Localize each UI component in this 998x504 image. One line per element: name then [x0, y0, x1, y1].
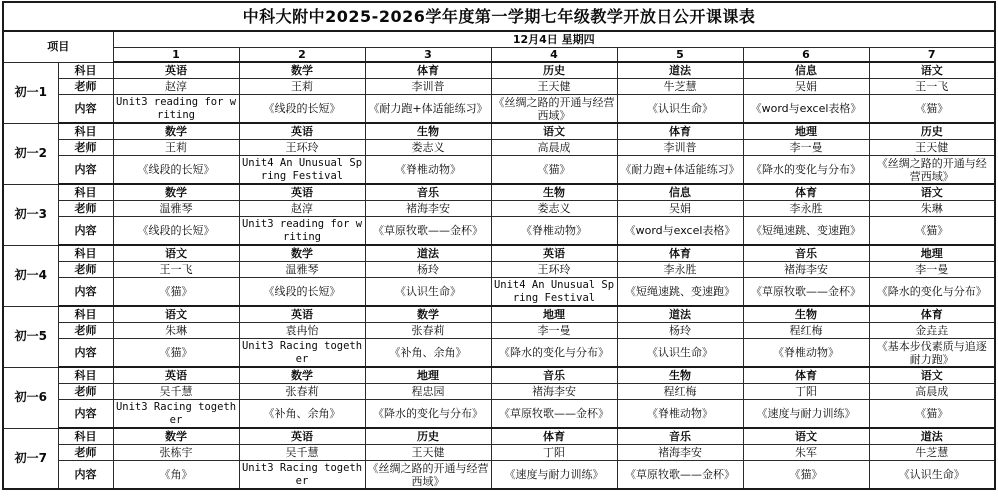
teacher-cell: 袁冉怡 [239, 323, 365, 339]
row-label-subjects: 科目 [58, 306, 113, 323]
teacher-cell: 高晨成 [869, 384, 995, 400]
row-label-teachers: 老师 [58, 445, 113, 461]
subject-cell: 历史 [365, 428, 491, 445]
teacher-cell: 张栋宇 [113, 445, 239, 461]
class-4-subjects-row: 初一4科目语文数学道法英语体育音乐地理 [3, 245, 995, 262]
content-cell: 《丝绸之路的开通与经营西域》 [869, 156, 995, 185]
teacher-cell: 李一曼 [743, 140, 869, 156]
teacher-cell: 牛芝慧 [869, 445, 995, 461]
subject-cell: 体育 [365, 62, 491, 79]
content-cell: Unit3 reading for writing [239, 217, 365, 246]
content-cell: 《猫》 [869, 217, 995, 246]
class-3-subjects-row: 初一3科目数学英语音乐生物信息体育语文 [3, 184, 995, 201]
subject-cell: 道法 [365, 245, 491, 262]
teacher-cell: 王一飞 [113, 262, 239, 278]
class-1-contents-row: 内容Unit3 reading for writing《线段的长短》《耐力跑+体… [3, 95, 995, 124]
class-3-teachers-row: 老师温雅琴赵淳褚海李安娄志义吴娟李永胜朱琳 [3, 201, 995, 217]
project-header-cell: 项目 [3, 31, 113, 62]
content-cell: 《线段的长短》 [239, 95, 365, 124]
subject-cell: 英语 [239, 428, 365, 445]
subject-cell: 体育 [491, 428, 617, 445]
row-label-teachers: 老师 [58, 201, 113, 217]
teacher-cell: 王莉 [239, 79, 365, 95]
teacher-cell: 金垚垚 [869, 323, 995, 339]
subject-cell: 体育 [617, 245, 743, 262]
class-5-contents-row: 内容《猫》Unit3 Racing together《补角、余角》《降水的变化与… [3, 339, 995, 368]
teacher-cell: 褚海李安 [365, 201, 491, 217]
subject-cell: 数学 [239, 245, 365, 262]
row-label-contents: 内容 [58, 339, 113, 368]
teacher-cell: 张春莉 [365, 323, 491, 339]
content-cell: 《word与excel表格》 [617, 217, 743, 246]
teacher-cell: 王天健 [365, 445, 491, 461]
subject-cell: 英语 [239, 123, 365, 140]
class-label: 初一5 [3, 306, 58, 367]
row-label-contents: 内容 [58, 400, 113, 429]
teacher-cell: 李一曼 [491, 323, 617, 339]
class-5-teachers-row: 老师朱琳袁冉怡张春莉李一曼杨玲程红梅金垚垚 [3, 323, 995, 339]
teacher-cell: 吴千慧 [239, 445, 365, 461]
teacher-cell: 张春莉 [239, 384, 365, 400]
subject-cell: 英语 [113, 367, 239, 384]
content-cell: 《降水的变化与分布》 [743, 156, 869, 185]
subject-cell: 生物 [365, 123, 491, 140]
class-label: 初一6 [3, 367, 58, 428]
content-cell: 《丝绸之路的开通与经营西域》 [365, 461, 491, 490]
content-cell: 《耐力跑+体适能练习》 [617, 156, 743, 185]
teacher-cell: 赵淳 [113, 79, 239, 95]
class-1-teachers-row: 老师赵淳王莉李训普王天健牛芝慧吴娟王一飞 [3, 79, 995, 95]
subject-cell: 地理 [491, 306, 617, 323]
class-2-teachers-row: 老师王莉王环玲娄志义高晨成李训普李一曼王天健 [3, 140, 995, 156]
subject-cell: 英语 [491, 245, 617, 262]
row-label-teachers: 老师 [58, 262, 113, 278]
content-cell: 《认识生命》 [617, 339, 743, 368]
teacher-cell: 程忠园 [365, 384, 491, 400]
period-header-4: 4 [491, 48, 617, 63]
teacher-cell: 朱琳 [113, 323, 239, 339]
subject-cell: 体育 [617, 123, 743, 140]
content-cell: 《猫》 [113, 278, 239, 307]
content-cell: 《草原牧歌——金杯》 [743, 278, 869, 307]
content-cell: 《草原牧歌——金杯》 [365, 217, 491, 246]
period-header-7: 7 [869, 48, 995, 63]
content-cell: 《脊椎动物》 [743, 339, 869, 368]
content-cell: 《草原牧歌——金杯》 [491, 400, 617, 429]
teacher-cell: 吴千慧 [113, 384, 239, 400]
teacher-cell: 吴娟 [743, 79, 869, 95]
class-label: 初一1 [3, 62, 58, 123]
subject-cell: 语文 [113, 306, 239, 323]
teacher-cell: 王天健 [869, 140, 995, 156]
page-title: 中科大附中2025-2026学年度第一学期七年级教学开放日公开课课表 [3, 2, 995, 31]
teacher-cell: 王环玲 [239, 140, 365, 156]
teacher-cell: 吴娟 [617, 201, 743, 217]
content-cell: Unit3 Racing together [113, 400, 239, 429]
teacher-cell: 朱琳 [869, 201, 995, 217]
teacher-cell: 温雅琴 [239, 262, 365, 278]
content-cell: 《降水的变化与分布》 [365, 400, 491, 429]
class-6-subjects-row: 初一6科目英语数学地理音乐生物体育语文 [3, 367, 995, 384]
teacher-cell: 高晨成 [491, 140, 617, 156]
teacher-cell: 娄志义 [491, 201, 617, 217]
content-cell: 《基本步伐素质与追逐耐力跑》 [869, 339, 995, 368]
teacher-cell: 丁阳 [743, 384, 869, 400]
header-row: 项目 12月4日 星期四 [3, 31, 995, 48]
subject-cell: 体育 [743, 184, 869, 201]
teacher-cell: 娄志义 [365, 140, 491, 156]
teacher-cell: 李训普 [617, 140, 743, 156]
teacher-cell: 牛芝慧 [617, 79, 743, 95]
class-2-subjects-row: 初一2科目数学英语生物语文体育地理历史 [3, 123, 995, 140]
row-label-subjects: 科目 [58, 428, 113, 445]
row-label-contents: 内容 [58, 156, 113, 185]
class-label: 初一7 [3, 428, 58, 489]
teacher-cell: 王一飞 [869, 79, 995, 95]
class-label: 初一3 [3, 184, 58, 245]
content-cell: 《线段的长短》 [113, 217, 239, 246]
teacher-cell: 程红梅 [617, 384, 743, 400]
period-header-3: 3 [365, 48, 491, 63]
period-header-2: 2 [239, 48, 365, 63]
title-row: 中科大附中2025-2026学年度第一学期七年级教学开放日公开课课表 [3, 2, 995, 31]
content-cell: 《猫》 [491, 156, 617, 185]
teacher-cell: 褚海李安 [743, 262, 869, 278]
row-label-subjects: 科目 [58, 184, 113, 201]
subject-cell: 语文 [869, 367, 995, 384]
teacher-cell: 赵淳 [239, 201, 365, 217]
content-cell: 《猫》 [869, 95, 995, 124]
content-cell: 《耐力跑+体适能练习》 [365, 95, 491, 124]
content-cell: 《word与excel表格》 [743, 95, 869, 124]
teacher-cell: 丁阳 [491, 445, 617, 461]
subject-cell: 道法 [617, 306, 743, 323]
subject-cell: 英语 [239, 306, 365, 323]
subject-cell: 生物 [617, 367, 743, 384]
subject-cell: 数学 [113, 123, 239, 140]
subject-cell: 数学 [113, 428, 239, 445]
content-cell: Unit4 An Unusual Spring Festival [239, 156, 365, 185]
class-7-subjects-row: 初一7科目数学英语历史体育音乐语文道法 [3, 428, 995, 445]
class-4-contents-row: 内容《猫》《线段的长短》《认识生命》Unit4 An Unusual Sprin… [3, 278, 995, 307]
class-7-teachers-row: 老师张栋宇吴千慧王天健丁阳褚海李安朱军牛芝慧 [3, 445, 995, 461]
teacher-cell: 王环玲 [491, 262, 617, 278]
content-cell: Unit4 An Unusual Spring Festival [491, 278, 617, 307]
open-class-timetable: 中科大附中2025-2026学年度第一学期七年级教学开放日公开课课表 项目 12… [2, 1, 996, 490]
teacher-cell: 李永胜 [617, 262, 743, 278]
row-label-contents: 内容 [58, 217, 113, 246]
period-header-6: 6 [743, 48, 869, 63]
class-6-teachers-row: 老师吴千慧张春莉程忠园褚海李安程红梅丁阳高晨成 [3, 384, 995, 400]
class-1-subjects-row: 初一1科目英语数学体育历史道法信息语文 [3, 62, 995, 79]
teacher-cell: 李永胜 [743, 201, 869, 217]
content-cell: 《补角、余角》 [365, 339, 491, 368]
content-cell: 《脊椎动物》 [617, 400, 743, 429]
content-cell: 《角》 [113, 461, 239, 490]
content-cell: 《丝绸之路的开通与经营西域》 [491, 95, 617, 124]
content-cell: 《速度与耐力训练》 [491, 461, 617, 490]
row-label-teachers: 老师 [58, 323, 113, 339]
teacher-cell: 杨玲 [617, 323, 743, 339]
row-label-contents: 内容 [58, 278, 113, 307]
content-cell: 《猫》 [113, 339, 239, 368]
subject-cell: 语文 [491, 123, 617, 140]
period-header-1: 1 [113, 48, 239, 63]
content-cell: 《降水的变化与分布》 [869, 278, 995, 307]
content-cell: 《线段的长短》 [239, 278, 365, 307]
content-cell: 《认识生命》 [617, 95, 743, 124]
subject-cell: 音乐 [743, 245, 869, 262]
subject-cell: 数学 [365, 306, 491, 323]
subject-cell: 语文 [113, 245, 239, 262]
subject-cell: 信息 [743, 62, 869, 79]
subject-cell: 音乐 [491, 367, 617, 384]
class-4-teachers-row: 老师王一飞温雅琴杨玲王环玲李永胜褚海李安李一曼 [3, 262, 995, 278]
teacher-cell: 王莉 [113, 140, 239, 156]
teacher-cell: 李一曼 [869, 262, 995, 278]
content-cell: 《补角、余角》 [239, 400, 365, 429]
content-cell: 《猫》 [869, 400, 995, 429]
subject-cell: 地理 [743, 123, 869, 140]
subject-cell: 英语 [113, 62, 239, 79]
teacher-cell: 杨玲 [365, 262, 491, 278]
subject-cell: 历史 [491, 62, 617, 79]
subject-cell: 体育 [869, 306, 995, 323]
row-label-teachers: 老师 [58, 79, 113, 95]
row-label-contents: 内容 [58, 461, 113, 490]
subject-cell: 地理 [869, 245, 995, 262]
class-7-contents-row: 内容《角》Unit3 Racing together《丝绸之路的开通与经营西域》… [3, 461, 995, 490]
subject-cell: 语文 [869, 184, 995, 201]
subject-cell: 数学 [239, 367, 365, 384]
subject-cell: 语文 [743, 428, 869, 445]
teacher-cell: 程红梅 [743, 323, 869, 339]
content-cell: 《猫》 [743, 461, 869, 490]
teacher-cell: 王天健 [491, 79, 617, 95]
class-3-contents-row: 内容《线段的长短》Unit3 reading for writing《草原牧歌—… [3, 217, 995, 246]
content-cell: Unit3 reading for writing [113, 95, 239, 124]
subject-cell: 生物 [743, 306, 869, 323]
content-cell: 《短绳速跳、变速跑》 [617, 278, 743, 307]
teacher-cell: 褚海李安 [491, 384, 617, 400]
subject-cell: 道法 [617, 62, 743, 79]
class-label: 初一4 [3, 245, 58, 306]
content-cell: 《草原牧歌——金杯》 [617, 461, 743, 490]
content-cell: 《认识生命》 [869, 461, 995, 490]
content-cell: 《认识生命》 [365, 278, 491, 307]
content-cell: 《脊椎动物》 [365, 156, 491, 185]
content-cell: Unit3 Racing together [239, 461, 365, 490]
subject-cell: 音乐 [617, 428, 743, 445]
date-header-cell: 12月4日 星期四 [113, 31, 995, 48]
row-label-subjects: 科目 [58, 123, 113, 140]
subject-cell: 语文 [869, 62, 995, 79]
teacher-cell: 李训普 [365, 79, 491, 95]
content-cell: 《短绳速跳、变速跑》 [743, 217, 869, 246]
content-cell: 《脊椎动物》 [491, 217, 617, 246]
row-label-contents: 内容 [58, 95, 113, 124]
subject-cell: 地理 [365, 367, 491, 384]
subject-cell: 道法 [869, 428, 995, 445]
subject-cell: 数学 [239, 62, 365, 79]
row-label-teachers: 老师 [58, 384, 113, 400]
content-cell: Unit3 Racing together [239, 339, 365, 368]
class-6-contents-row: 内容Unit3 Racing together《补角、余角》《降水的变化与分布》… [3, 400, 995, 429]
content-cell: 《速度与耐力训练》 [743, 400, 869, 429]
row-label-subjects: 科目 [58, 367, 113, 384]
content-cell: 《线段的长短》 [113, 156, 239, 185]
row-label-subjects: 科目 [58, 245, 113, 262]
content-cell: 《降水的变化与分布》 [491, 339, 617, 368]
period-header-5: 5 [617, 48, 743, 63]
class-2-contents-row: 内容《线段的长短》Unit4 An Unusual Spring Festiva… [3, 156, 995, 185]
subject-cell: 生物 [491, 184, 617, 201]
subject-cell: 数学 [113, 184, 239, 201]
class-label: 初一2 [3, 123, 58, 184]
subject-cell: 英语 [239, 184, 365, 201]
subject-cell: 信息 [617, 184, 743, 201]
period-number-row: 1234567 [3, 48, 995, 63]
teacher-cell: 朱军 [743, 445, 869, 461]
teacher-cell: 温雅琴 [113, 201, 239, 217]
row-label-teachers: 老师 [58, 140, 113, 156]
row-label-subjects: 科目 [58, 62, 113, 79]
subject-cell: 音乐 [365, 184, 491, 201]
subject-cell: 体育 [743, 367, 869, 384]
class-5-subjects-row: 初一5科目语文英语数学地理道法生物体育 [3, 306, 995, 323]
subject-cell: 历史 [869, 123, 995, 140]
teacher-cell: 褚海李安 [617, 445, 743, 461]
